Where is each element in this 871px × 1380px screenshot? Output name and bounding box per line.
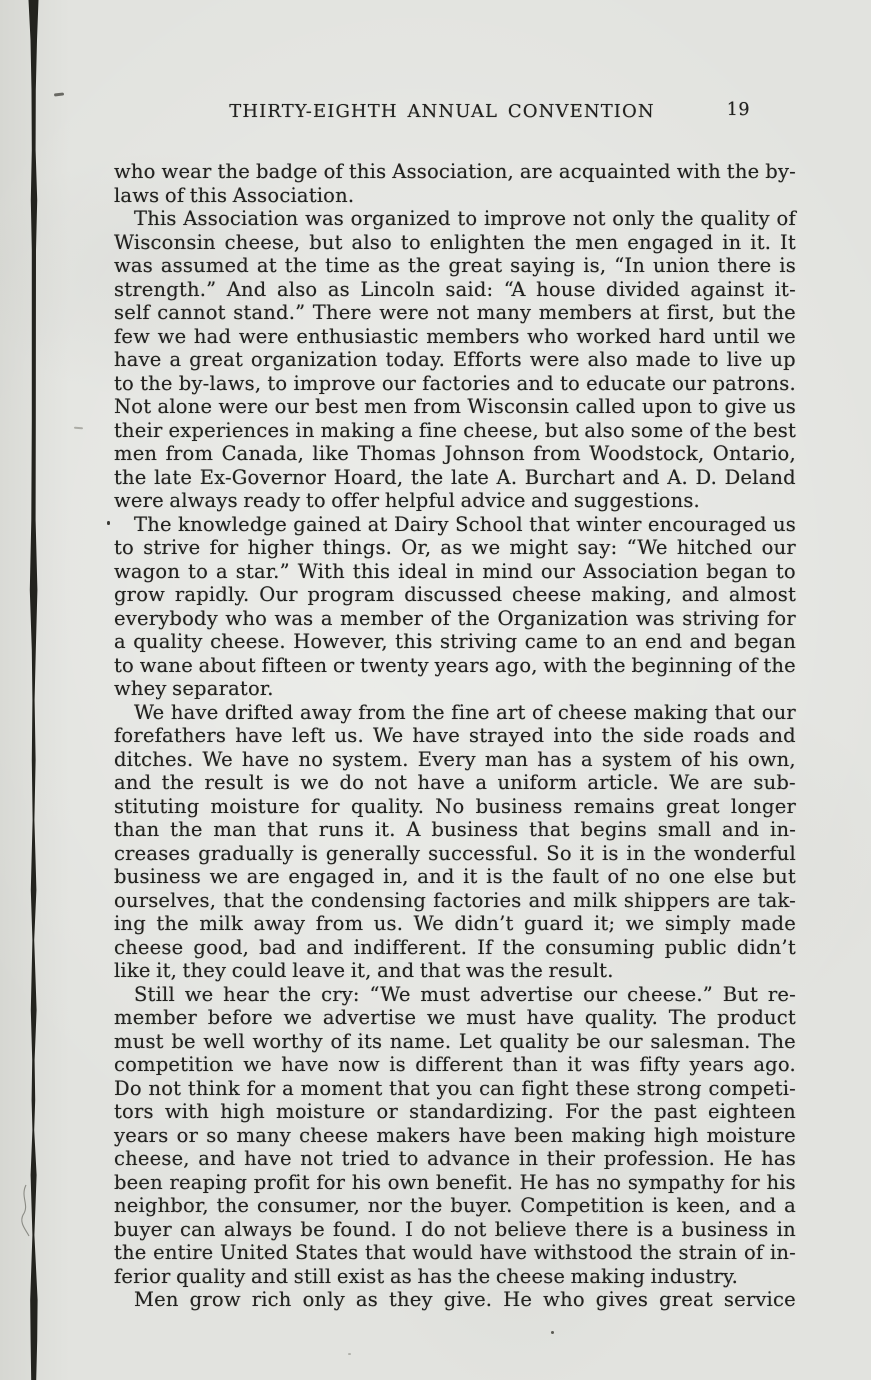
paragraph: TheknowledgegainedatDairySchoolthatwinte… bbox=[114, 513, 796, 701]
text-line: selfcannotstand.”Therewerenotmanymembers… bbox=[114, 301, 796, 325]
text-line: wheyseparator. bbox=[114, 677, 796, 701]
paragraph: Stillwehearthecry:“Wemustadvertiseourche… bbox=[114, 983, 796, 1289]
text-line: Stillwehearthecry:“Wemustadvertiseourche… bbox=[114, 983, 796, 1007]
text-line: Wehavedriftedawayfromthefineartofcheesem… bbox=[114, 701, 796, 725]
text-line: wagontoastar.”WiththisidealinmindourAsso… bbox=[114, 560, 796, 584]
text-line: everybodywhowasamemberoftheOrganizationw… bbox=[114, 607, 796, 631]
ink-speck bbox=[348, 1353, 351, 1355]
paragraph: whowearthebadgeofthisAssociation,areacqu… bbox=[114, 160, 796, 207]
text-line: Donotthinkforamomentthatyoucanfightthese… bbox=[114, 1077, 796, 1101]
text-line: Mengrowrichonlyastheygive.Hewhogivesgrea… bbox=[114, 1288, 796, 1312]
text-line: ourselves,thatthecondensingfactoriesandm… bbox=[114, 889, 796, 913]
text-line: feriorqualityandstillexistashasthecheese… bbox=[114, 1265, 796, 1289]
text-line: ingthemilkawayfromus.Wedidn’tguardit;wes… bbox=[114, 912, 796, 936]
text-line: mustbewellworthyofitsname.Letqualitybeou… bbox=[114, 1030, 796, 1054]
ink-speck bbox=[551, 1331, 554, 1334]
ink-dash-artifact bbox=[74, 427, 83, 430]
text-line: forefathershaveleftus.Wehavestrayedintot… bbox=[114, 724, 796, 748]
text-line: cheese,andhavenottriedtoadvanceintheirpr… bbox=[114, 1147, 796, 1171]
text-line: competitionwehavenowisdifferentthanitwas… bbox=[114, 1053, 796, 1077]
text-line: ditches.Wehavenosystem.Everymanhasasyste… bbox=[114, 748, 796, 772]
text-line: lawsofthisAssociation. bbox=[114, 184, 796, 208]
text-line: Wisconsincheese,butalsotoenlightenthemen… bbox=[114, 231, 796, 255]
text-line: whowearthebadgeofthisAssociation,areacqu… bbox=[114, 160, 796, 184]
ink-speck bbox=[107, 521, 110, 525]
paragraph: Mengrowrichonlyastheygive.Hewhogivesgrea… bbox=[114, 1288, 796, 1312]
text-line: menfromCanada,likeThomasJohnsonfromWoods… bbox=[114, 442, 796, 466]
paragraph: ThisAssociationwasorganizedtoimprovenoto… bbox=[114, 207, 796, 513]
hairline-scratch-artifact bbox=[22, 1185, 29, 1236]
text-line: theentireUnitedStatesthatwouldhavewithst… bbox=[114, 1241, 796, 1265]
text-line: torswithhighmoistureorstandardizing.Fort… bbox=[114, 1100, 796, 1124]
text-line: strength.”AndalsoasLincolnsaid:“Ahousedi… bbox=[114, 278, 796, 302]
text-line: haveagreatorganizationtoday.Effortswerea… bbox=[114, 348, 796, 372]
page-header: THIRTY-EIGHTH ANNUAL CONVENTION 19 bbox=[114, 101, 796, 127]
text-line: thanthemanthatrunsit.Abusinessthatbegins… bbox=[114, 818, 796, 842]
text-line: tostriveforhigherthings.Or,aswemightsay:… bbox=[114, 536, 796, 560]
page-number: 19 bbox=[727, 100, 750, 120]
text-line: TheknowledgegainedatDairySchoolthatwinte… bbox=[114, 513, 796, 537]
page-body: whowearthebadgeofthisAssociation,areacqu… bbox=[114, 160, 796, 1312]
text-line: wasassumedatthetimeasthegreatsayingis,“I… bbox=[114, 254, 796, 278]
text-line: growrapidly.Ourprogramdiscussedcheesemak… bbox=[114, 583, 796, 607]
text-line: likeit,theycouldleaveit,andthatwastheres… bbox=[114, 959, 796, 983]
binding-crack-artifact bbox=[0, 0, 60, 1380]
text-line: andtheresultiswedonothaveauniformarticle… bbox=[114, 771, 796, 795]
scanned-page: THIRTY-EIGHTH ANNUAL CONVENTION 19 whowe… bbox=[0, 0, 871, 1380]
text-line: totheby-laws,toimproveourfactoriesandtoe… bbox=[114, 372, 796, 396]
text-line: stitutingmoistureforquality.Nobusinessre… bbox=[114, 795, 796, 819]
text-line: NotalonewereourbestmenfromWisconsincalle… bbox=[114, 395, 796, 419]
text-line: aqualitycheese.However,thisstrivingcamet… bbox=[114, 630, 796, 654]
text-line: theirexperiencesinmakingafinecheese,buta… bbox=[114, 419, 796, 443]
text-line: buyercanalwaysbefound.Idonotbelievethere… bbox=[114, 1218, 796, 1242]
text-line: beenreapingprofitforhisownbenefit.Hehasn… bbox=[114, 1171, 796, 1195]
text-line: businessweareengagedin,anditisthefaultof… bbox=[114, 865, 796, 889]
text-line: memberbeforeweadvertisewemusthavequality… bbox=[114, 1006, 796, 1030]
text-line: towaneaboutfifteenortwentyyearsago,witht… bbox=[114, 654, 796, 678]
text-line: werealwaysreadytoofferhelpfuladviceandsu… bbox=[114, 489, 796, 513]
text-line: creasesgraduallyisgenerallysuccessful.So… bbox=[114, 842, 796, 866]
text-line: fewwehadwereenthusiasticmemberswhoworked… bbox=[114, 325, 796, 349]
text-line: thelateEx-GovernorHoard,thelateA.Burchar… bbox=[114, 466, 796, 490]
running-title: THIRTY-EIGHTH ANNUAL CONVENTION bbox=[229, 101, 654, 122]
text-line: ThisAssociationwasorganizedtoimprovenoto… bbox=[114, 207, 796, 231]
paragraph: Wehavedriftedawayfromthefineartofcheesem… bbox=[114, 701, 796, 983]
text-line: neighbor,theconsumer,northebuyer.Competi… bbox=[114, 1194, 796, 1218]
text-line: cheesegood,badandindifferent.Iftheconsum… bbox=[114, 936, 796, 960]
text-line: yearsorsomanycheesemakershavebeenmakingh… bbox=[114, 1124, 796, 1148]
